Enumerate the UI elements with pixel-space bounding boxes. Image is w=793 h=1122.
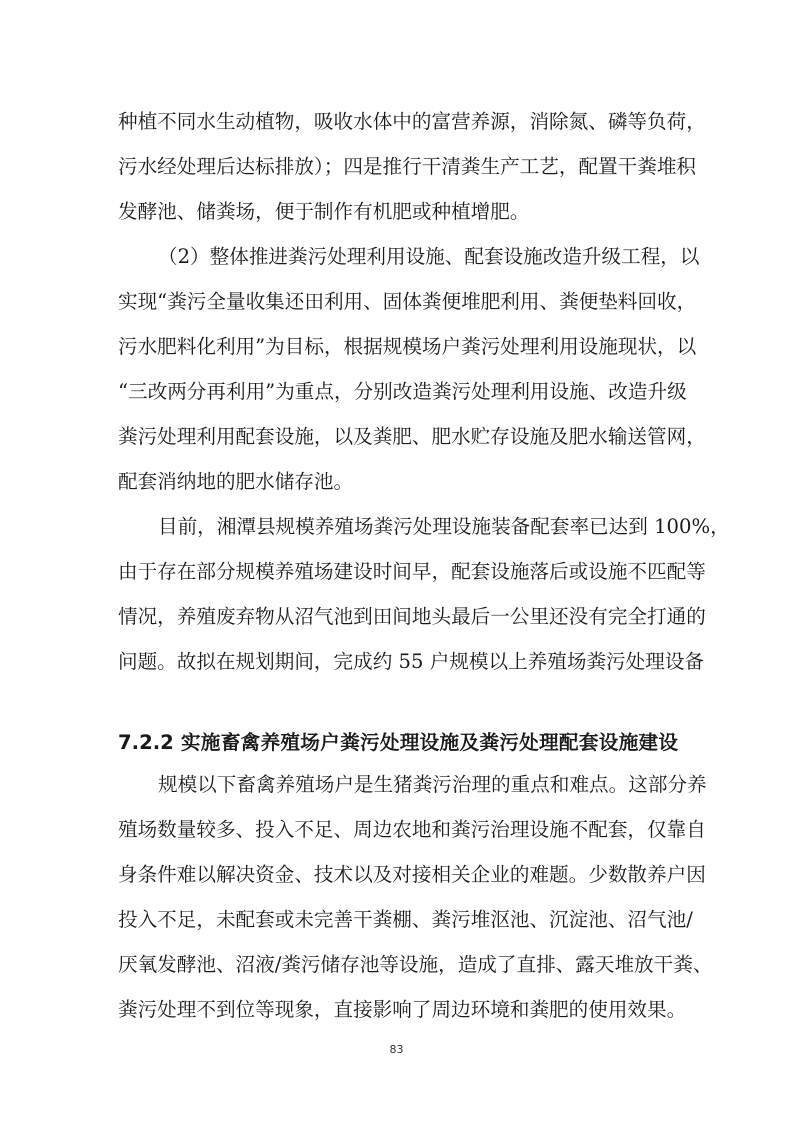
section-heading: 7.2.2 实施畜禽养殖场户粪污处理设施及粪污处理配套设施建设 (118, 731, 678, 755)
text-line: 由于存在部分规模养殖场建设时间早，配套设施落后或设施不匹配等 (118, 560, 678, 584)
text-line: 污水肥料化利用”为目标，根据规模场户粪污处理利用设施现状，以 (118, 335, 678, 359)
text-line: 厌氧发酵池、沼液/粪污储存池等设施，造成了直排、露天堆放干粪、 (118, 953, 678, 977)
document-page: 种植不同水生动植物，吸收水体中的富营养源，消除氮、磷等负荷， 污水经处理后达标排… (0, 0, 793, 1122)
text-line: 污水经处理后达标排放）；四是推行干清粪生产工艺，配置干粪堆积 (118, 155, 678, 179)
text-line: 投入不足，未配套或未完善干粪棚、粪污堆沤池、沉淀池、沼气池/ (118, 908, 678, 932)
text-line: 目前，湘潭县规模养殖场粪污处理设施装备配套率已达到 100%， (158, 515, 678, 539)
text-line: 身条件难以解决资金、技术以及对接相关企业的难题。少数散养户因 (118, 863, 678, 887)
text-line: 粪污处理利用配套设施，以及粪肥、肥水贮存设施及肥水输送管网， (118, 425, 678, 449)
text-line: 问题。故拟在规划期间，完成约 55 户规模以上养殖场粪污处理设备 (118, 650, 678, 674)
page-number: 83 (0, 1043, 793, 1056)
text-line: 种植不同水生动植物，吸收水体中的富营养源，消除氮、磷等负荷， (118, 110, 678, 134)
text-line: 粪污处理不到位等现象，直接影响了周边环境和粪肥的使用效果。 (118, 998, 678, 1022)
text-line: 殖场数量较多、投入不足、周边农地和粪污治理设施不配套，仅靠自 (118, 818, 678, 842)
text-line: 发酵池、储粪场，便于制作有机肥或种植增肥。 (118, 200, 678, 224)
text-line: 配套消纳地的肥水储存池。 (118, 470, 678, 494)
text-line: 规模以下畜禽养殖场户是生猪粪污治理的重点和难点。这部分养 (158, 773, 678, 797)
text-line: 情况，养殖废弃物从沼气池到田间地头最后一公里还没有完全打通的 (118, 605, 678, 629)
text-line: “三改两分再利用”为重点，分别改造粪污处理利用设施、改造升级 (118, 380, 678, 404)
text-line: （2）整体推进粪污处理利用设施、配套设施改造升级工程，以 (158, 245, 678, 269)
text-line: 实现“粪污全量收集还田利用、固体粪便堆肥利用、粪便垫料回收， (118, 290, 678, 314)
